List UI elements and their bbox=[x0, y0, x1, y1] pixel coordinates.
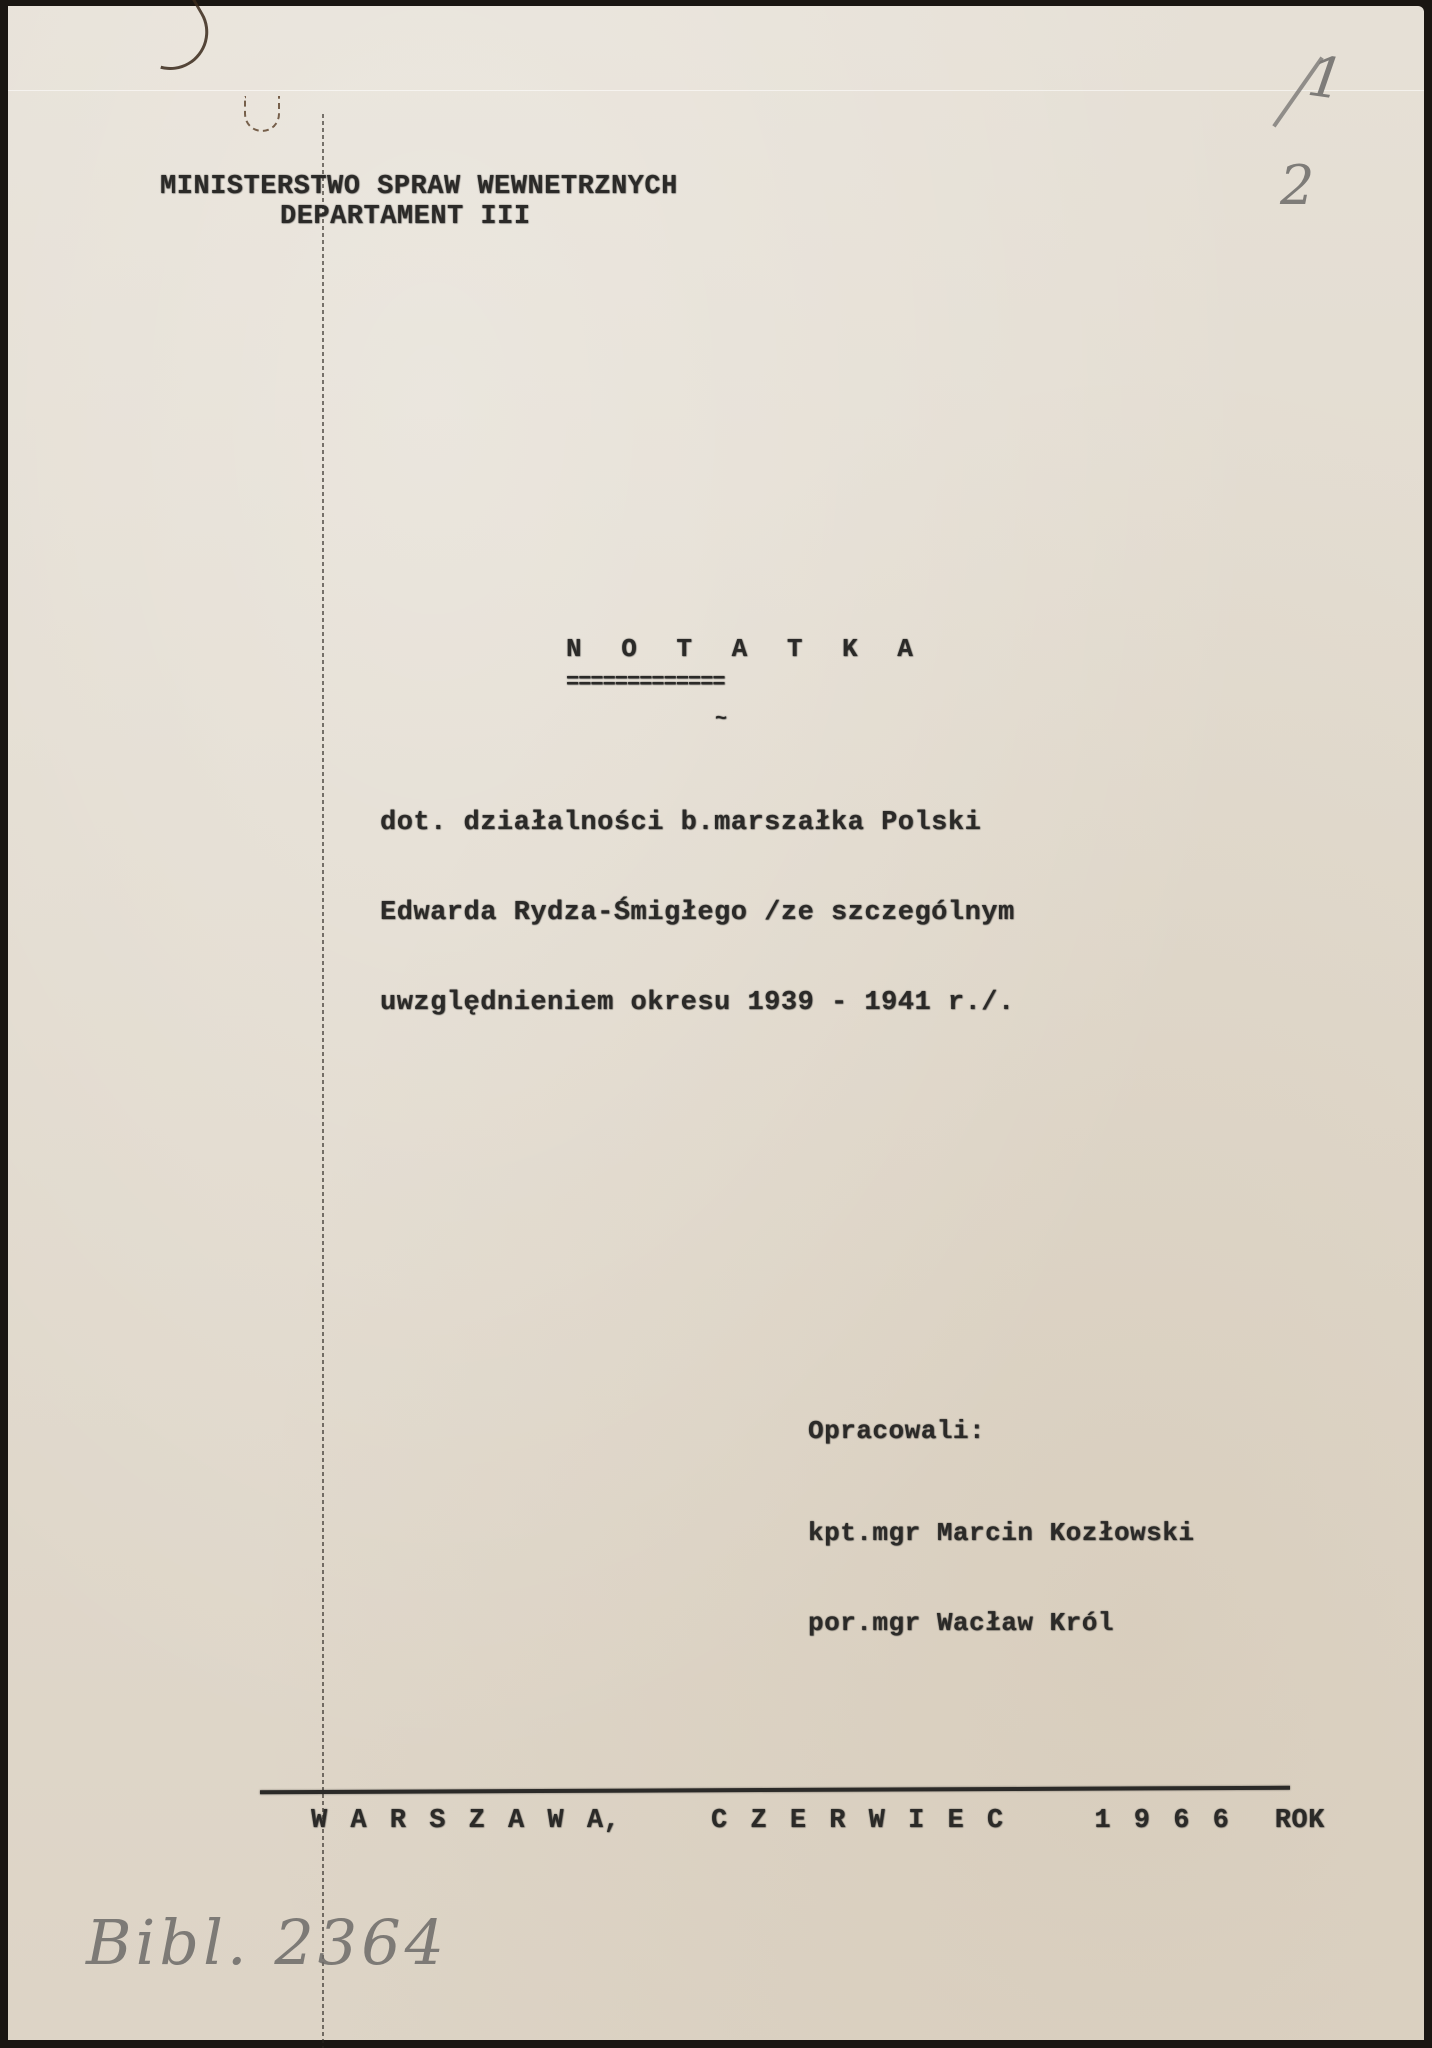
paper-fold bbox=[8, 90, 1424, 91]
authors-label: Opracowali: bbox=[808, 1416, 985, 1446]
author-name: kpt.mgr Marcin Kozłowski bbox=[808, 1518, 1194, 1548]
footer-rule bbox=[260, 1786, 1290, 1794]
page-number: 2 bbox=[1280, 154, 1314, 217]
author-name: por.mgr Wacław Król bbox=[808, 1608, 1194, 1638]
place-date-footer: W A R S Z A W A, C Z E R W I E C 1 9 6 6… bbox=[311, 1806, 1325, 1836]
authors-list: kpt.mgr Marcin Kozłowski por.mgr Wacław … bbox=[808, 1458, 1194, 1698]
margin-line bbox=[322, 114, 324, 2048]
subject-mark: ~ bbox=[715, 708, 728, 731]
document-title: N O T A T K A bbox=[566, 634, 925, 664]
subject-line: dot. działalności b.marszałka Polski bbox=[380, 808, 1015, 838]
department-header: DEPARTAMENT III bbox=[280, 202, 531, 232]
library-mark: Bibl. 2364 bbox=[86, 1906, 448, 1979]
title-underline: ============= bbox=[566, 670, 725, 695]
staple-mark-icon bbox=[244, 96, 280, 132]
ministry-header: MINISTERSTWO SPRAW WEWNETRZNYCH bbox=[160, 172, 678, 202]
subject-block: dot. działalności b.marszałka Polski Edw… bbox=[380, 748, 1015, 1078]
page-number-old: 1 bbox=[1304, 44, 1348, 113]
subject-line: uwzględnieniem okresu 1939 - 1941 r./. bbox=[380, 988, 1015, 1018]
subject-line: Edwarda Rydza-Śmigłego /ze szczególnym bbox=[380, 898, 1015, 928]
paperclip-stain-icon bbox=[126, 0, 222, 84]
document-page: MINISTERSTWO SPRAW WEWNETRZNYCH DEPARTAM… bbox=[8, 6, 1424, 2040]
